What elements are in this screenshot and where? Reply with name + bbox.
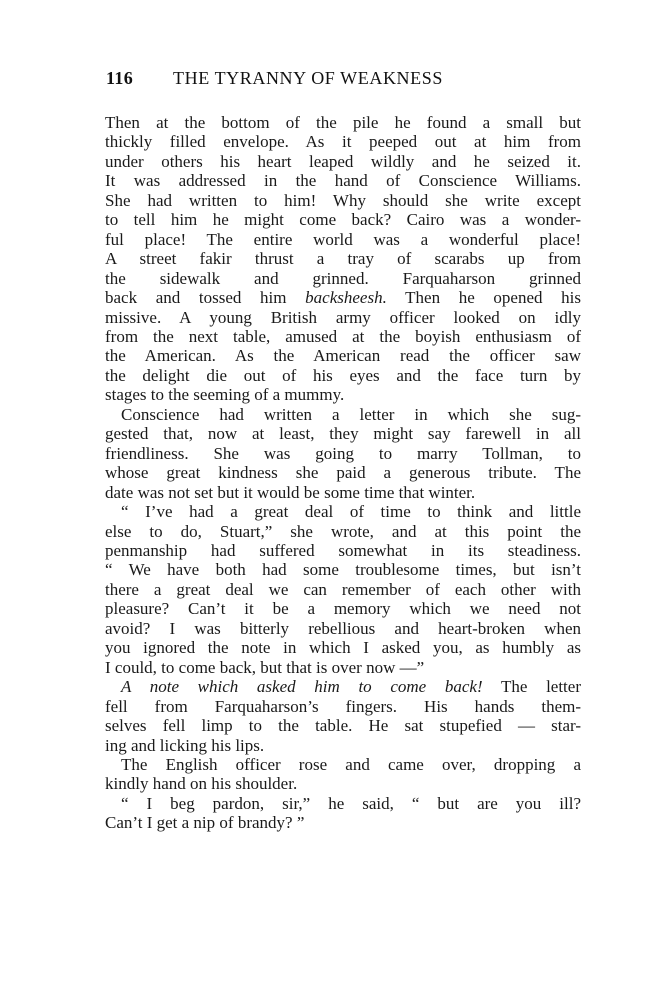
text-line: “ We have both had some troublesome time… xyxy=(105,560,581,579)
text-line: missive. A young British army officer lo… xyxy=(105,308,581,327)
text-line: the sidewalk and grinned. Farquaharson g… xyxy=(105,269,581,288)
text-line: penmanship had suffered somewhat in its … xyxy=(105,541,581,560)
text-run: back and tossed him xyxy=(105,288,305,307)
text-line: you ignored the note in which I asked yo… xyxy=(105,638,581,657)
text-line: stages to the seeming of a mummy. xyxy=(105,385,581,404)
paragraph-5: The English officer rose and came over, … xyxy=(105,755,581,794)
text-line: I could, to come back, but that is over … xyxy=(105,658,581,677)
text-line: whose great kindness she paid a generous… xyxy=(105,463,581,482)
text-line: the delight die out of his eyes and the … xyxy=(105,366,581,385)
text-line: from the next table, amused at the boyis… xyxy=(105,327,581,346)
text-line: Can’t I get a nip of brandy? ” xyxy=(105,813,581,832)
text-line: “ I’ve had a great deal of time to think… xyxy=(105,502,581,521)
text-line: else to do, Stuart,” she wrote, and at t… xyxy=(105,522,581,541)
text-line: gested that, now at least, they might sa… xyxy=(105,424,581,443)
text-line: back and tossed him backsheesh. Then he … xyxy=(105,288,581,307)
text-line: The English officer rose and came over, … xyxy=(105,755,581,774)
text-line: Conscience had written a letter in which… xyxy=(105,405,581,424)
text-line: fell from Farquaharson’s fingers. His ha… xyxy=(105,697,581,716)
text-line: “ I beg pardon, sir,” he said, “ but are… xyxy=(105,794,581,813)
text-line: under others his heart leaped wildly and… xyxy=(105,152,581,171)
text-line: ing and licking his lips. xyxy=(105,736,581,755)
text-line: date was not set but it would be some ti… xyxy=(105,483,581,502)
italic-phrase: A note which asked him to come back! xyxy=(121,677,483,696)
text-line: A street fakir thrust a tray of scarabs … xyxy=(105,249,581,268)
paragraph-6: “ I beg pardon, sir,” he said, “ but are… xyxy=(105,794,581,833)
text-line: pleasure? Can’t it be a memory which we … xyxy=(105,599,581,618)
paragraph-1: Then at the bottom of the pile he found … xyxy=(105,113,581,405)
paragraph-2: Conscience had written a letter in which… xyxy=(105,405,581,502)
text-line: selves fell limp to the table. He sat st… xyxy=(105,716,581,735)
text-line: to tell him he might come back? Cairo wa… xyxy=(105,210,581,229)
text-line: there a great deal we can remember of ea… xyxy=(105,580,581,599)
page-body: Then at the bottom of the pile he found … xyxy=(105,113,581,833)
italic-word-backsheesh: backsheesh. xyxy=(305,288,387,307)
text-line: avoid? I was bitterly rebellious and hea… xyxy=(105,619,581,638)
text-line: thickly filled envelope. As it peeped ou… xyxy=(105,132,581,151)
page-number: 116 xyxy=(106,67,173,89)
text-line: It was addressed in the hand of Conscien… xyxy=(105,171,581,190)
text-line: friendliness. She was going to marry Tol… xyxy=(105,444,581,463)
text-run: The letter xyxy=(483,677,581,696)
running-header: 116THE TYRANNY OF WEAKNESS xyxy=(106,67,586,89)
text-line: A note which asked him to come back! The… xyxy=(105,677,581,696)
text-line: Then at the bottom of the pile he found … xyxy=(105,113,581,132)
running-title: THE TYRANNY OF WEAKNESS xyxy=(173,67,443,89)
text-line: ful place! The entire world was a wonder… xyxy=(105,230,581,249)
text-run: Then he opened his xyxy=(387,288,581,307)
text-line: the American. As the American read the o… xyxy=(105,346,581,365)
text-line: kindly hand on his shoulder. xyxy=(105,774,581,793)
paragraph-4: A note which asked him to come back! The… xyxy=(105,677,581,755)
paragraph-3: “ I’ve had a great deal of time to think… xyxy=(105,502,581,677)
text-line: She had written to him! Why should she w… xyxy=(105,191,581,210)
